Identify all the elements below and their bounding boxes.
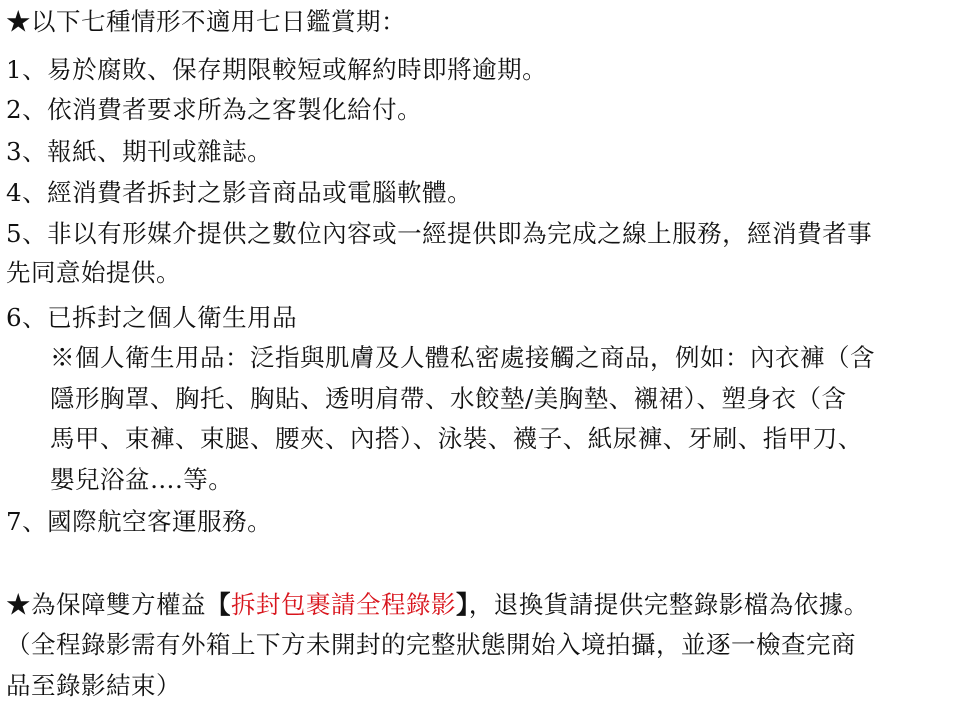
return-policy-document: ★以下七種情形不適用七日鑑賞期： 1、易於腐敗、保存期限較短或解約時即將逾期。 …: [0, 0, 967, 710]
exclusion-item-5-line2: 先同意始提供。: [6, 255, 961, 291]
recording-detail-line1: （全程錄影需有外箱上下方未開封的完整狀態開始入境拍攝，並逐一檢查完商: [6, 627, 961, 663]
exclusions-heading: ★以下七種情形不適用七日鑑賞期：: [6, 4, 961, 40]
hygiene-note-line1: ※個人衛生用品：泛指與肌膚及人體私密處接觸之商品，例如：內衣褲（含: [50, 340, 961, 376]
bracket-close: 】: [456, 590, 469, 619]
exclusion-item-4: 4、經消費者拆封之影音商品或電腦軟體。: [6, 175, 961, 211]
exclusion-item-1: 1、易於腐敗、保存期限較短或解約時即將逾期。: [6, 52, 961, 88]
recording-detail-line2: 品至錄影結束）: [6, 668, 961, 704]
recording-prefix: ★為保障雙方權益: [6, 590, 206, 619]
hygiene-note-line4: 嬰兒浴盆….等。: [50, 462, 961, 498]
exclusion-item-5-line1: 5、非以有形媒介提供之數位內容或一經提供即為完成之線上服務，經消費者事: [6, 216, 961, 252]
exclusion-item-7: 7、國際航空客運服務。: [6, 504, 961, 540]
recording-highlight: 拆封包裹請全程錄影: [231, 590, 456, 619]
hygiene-note-line3: 馬甲、束褲、束腿、腰夾、內搭）、泳裝、襪子、紙尿褲、牙刷、指甲刀、: [50, 421, 961, 457]
exclusion-item-3: 3、報紙、期刊或雜誌。: [6, 134, 961, 170]
bracket-open: 【: [206, 590, 231, 619]
recording-suffix: ，退換貨請提供完整錄影檔為依據。: [469, 590, 869, 619]
exclusion-item-2: 2、依消費者要求所為之客製化給付。: [6, 92, 961, 128]
hygiene-note-line2: 隱形胸罩、胸托、胸貼、透明肩帶、水餃墊/美胸墊、襯裙）、塑身衣（含: [50, 381, 961, 417]
exclusion-item-6: 6、已拆封之個人衛生用品: [6, 300, 961, 336]
recording-notice: ★為保障雙方權益【拆封包裹請全程錄影】，退換貨請提供完整錄影檔為依據。: [6, 587, 961, 623]
